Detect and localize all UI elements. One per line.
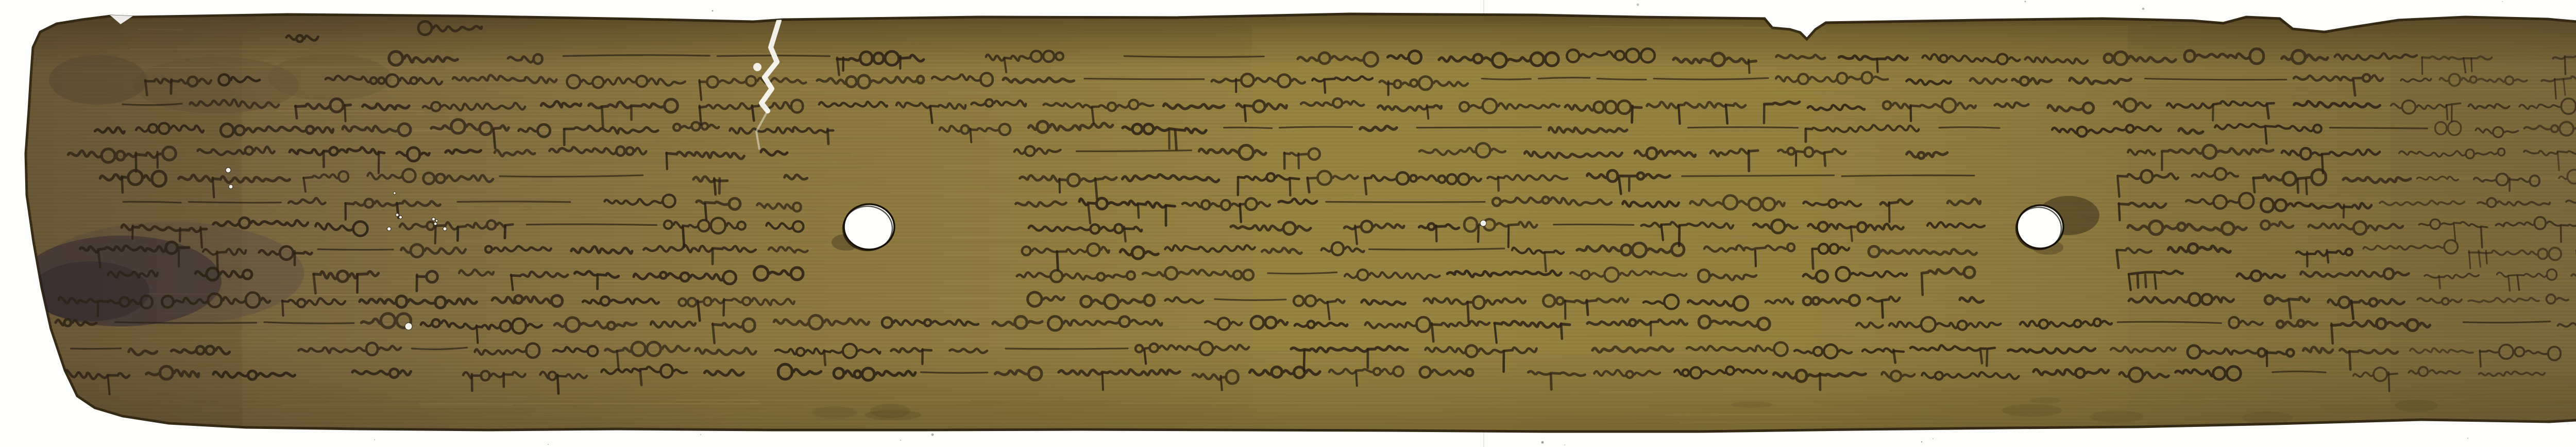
crack-blob [753,63,761,71]
leaf-texture-and-script [21,10,2576,438]
scan-canvas: 3 2 0 321 [0,0,2576,447]
palm-leaf-manuscript: 3 2 0 [0,0,2576,447]
